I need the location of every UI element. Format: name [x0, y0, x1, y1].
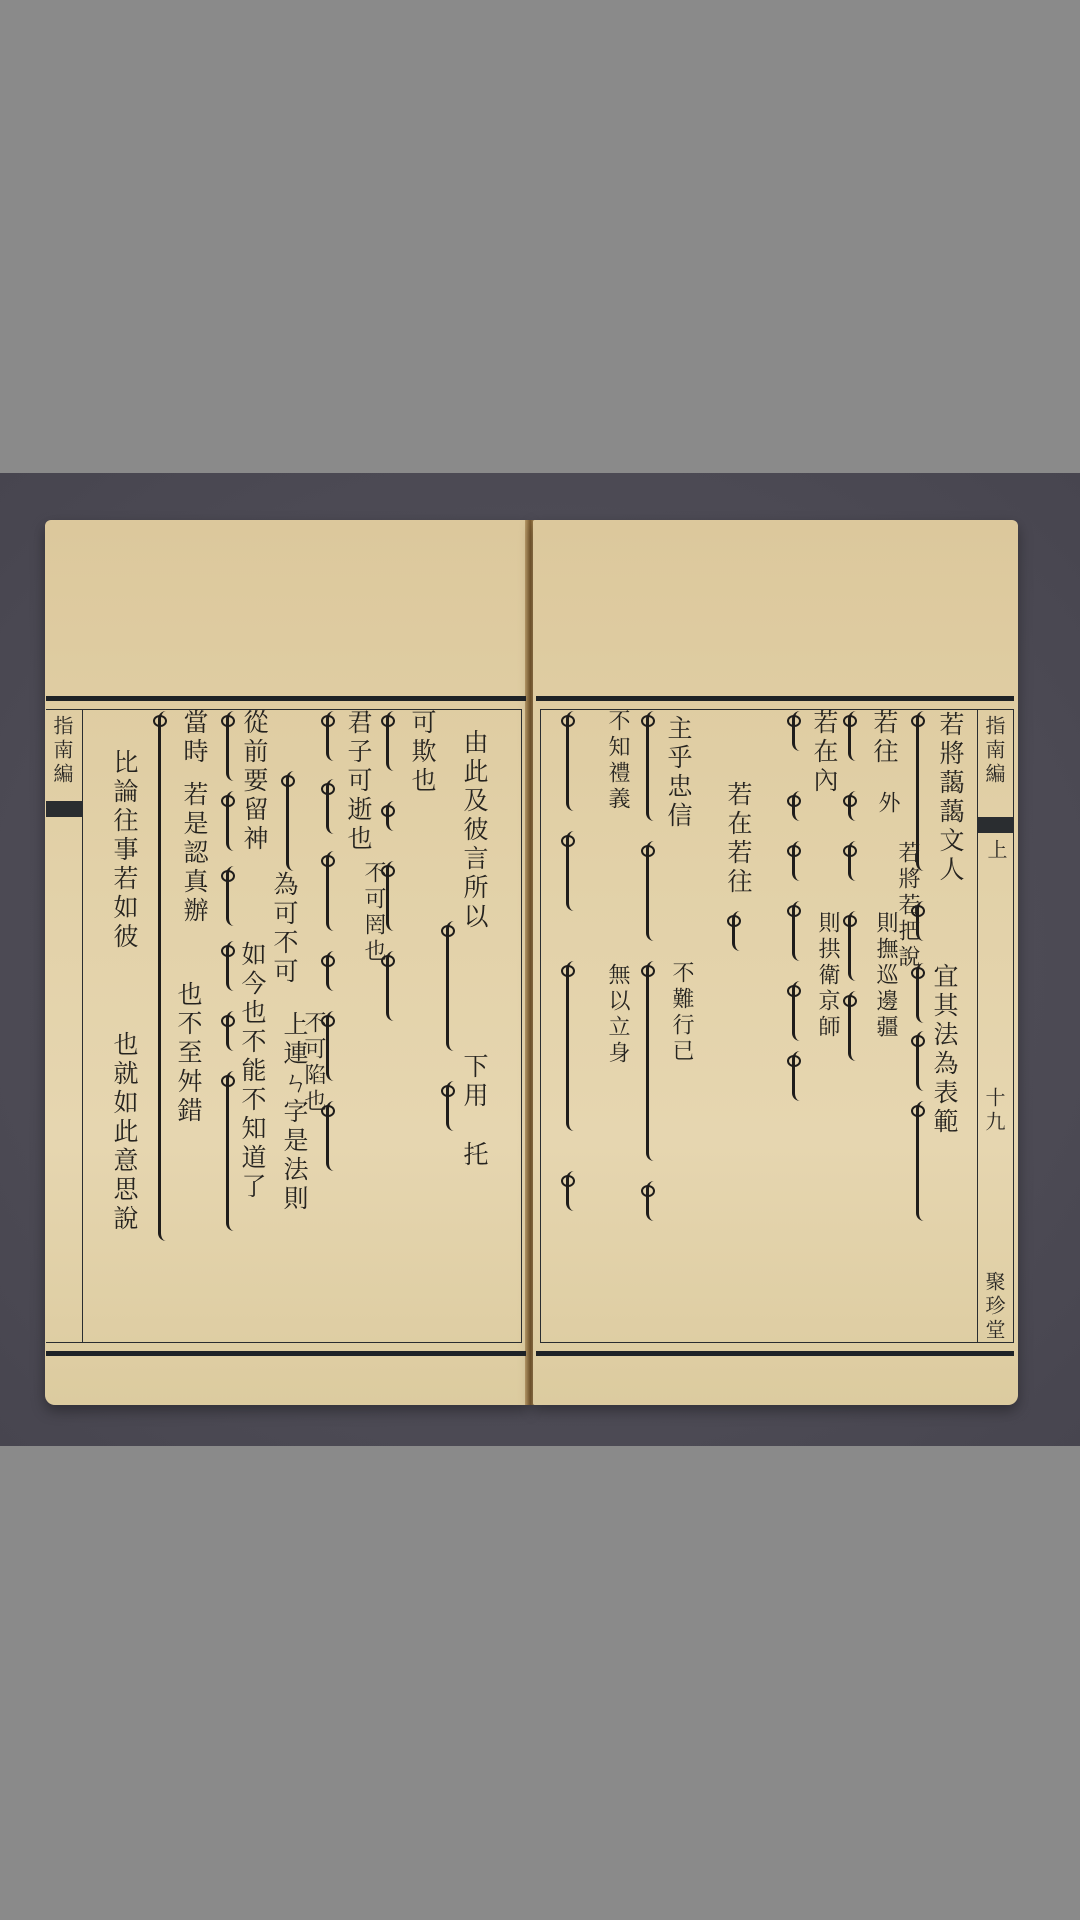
manchu-script [446, 921, 467, 1051]
manchu-script [386, 951, 407, 1021]
chinese-column: 若在若往 [726, 781, 751, 897]
right-margin-title: 指南編 [984, 715, 1004, 787]
chinese-column: 為可不可 [272, 871, 297, 987]
left-page-frame: 指南編 由此及彼言所以 下用 托 可欺也 不可罔也 君子可逝也 不可陷也 為可不… [46, 696, 526, 1356]
manchu-script [792, 791, 813, 821]
manchu-script [326, 851, 347, 931]
left-margin-title: 指南編 [52, 715, 72, 787]
manchu-script [158, 711, 179, 1241]
chinese-column: 托 [462, 1141, 487, 1170]
chinese-column: 上連ㄣ字是法則 [282, 1011, 307, 1214]
manchu-script [386, 801, 407, 831]
manchu-script [326, 779, 347, 834]
manchu-script [326, 951, 347, 991]
manchu-script [732, 911, 753, 951]
fishtail-mark [46, 801, 82, 817]
fishtail-mark [978, 817, 1014, 833]
manchu-script [386, 711, 407, 771]
chinese-column: 若在內 [812, 709, 837, 796]
manchu-script [326, 711, 347, 761]
manchu-script [646, 711, 667, 821]
chinese-column: 若將藹藹文人 [938, 711, 963, 885]
manchu-script [792, 1051, 813, 1101]
chinese-column: 若往 [872, 709, 897, 767]
manchu-script [226, 1071, 247, 1231]
manchu-script [566, 961, 587, 1131]
manchu-script [916, 963, 937, 1023]
manchu-script [646, 961, 667, 1161]
right-margin-column: 指南編 上 十九 聚珍堂 [977, 709, 1014, 1343]
right-page-frame: 指南編 上 十九 聚珍堂 若將藹藹文人 宜其法為表範 若往 外 若將若把說 則撫… [536, 696, 1014, 1356]
chinese-column: 當時 [182, 709, 207, 767]
manchu-script [566, 831, 587, 911]
chinese-column: 若是認真辦 [182, 781, 207, 926]
manchu-script [566, 711, 587, 811]
left-margin-column: 指南編 [46, 709, 83, 1343]
chinese-column: 若將若把說 [896, 841, 918, 971]
manchu-script [446, 1081, 467, 1131]
manchu-script [792, 841, 813, 881]
chinese-column: 也不至舛錯 [176, 981, 201, 1126]
volume-label: 上 [986, 839, 1006, 863]
manchu-script [792, 711, 813, 751]
manchu-script [386, 861, 407, 931]
chinese-column: 比論往事若如彼 [112, 749, 137, 952]
folio-number: 十九 [984, 1087, 1004, 1135]
manchu-script [792, 901, 813, 961]
chinese-column: 不知禮義 [606, 709, 628, 813]
chinese-column: 由此及彼言所以 [462, 729, 487, 932]
manchu-script [646, 1181, 667, 1221]
manchu-script [848, 711, 869, 761]
manchu-script [226, 941, 247, 991]
manchu-script [792, 981, 813, 1041]
manchu-script [646, 841, 667, 941]
chinese-column: 無以立身 [606, 963, 628, 1067]
chinese-column: 可欺也 [410, 709, 435, 796]
manchu-script [226, 866, 247, 926]
manchu-script [226, 711, 247, 781]
manchu-script [848, 841, 869, 881]
manchu-script [848, 911, 869, 981]
chinese-column: 外 [876, 791, 898, 817]
manchu-script [226, 791, 247, 851]
chinese-column: 則撫巡邊疆 [874, 911, 896, 1041]
manchu-script [916, 1031, 937, 1091]
chinese-column: 君子可逝也 [346, 709, 371, 854]
chinese-column: 則拱衛京師 [816, 911, 838, 1041]
manchu-script [226, 1011, 247, 1051]
manchu-script [916, 1101, 937, 1221]
manchu-script [326, 1011, 347, 1081]
manchu-script [566, 1171, 587, 1211]
publisher-name: 聚珍堂 [984, 1271, 1004, 1343]
manchu-script [848, 991, 869, 1061]
chinese-column: 不可罔也 [362, 861, 384, 965]
chinese-column: 主乎忠信 [666, 715, 691, 831]
manchu-script [286, 771, 307, 871]
manchu-script [326, 1101, 347, 1171]
chinese-column: 也就如此意思說 [112, 1031, 137, 1234]
manchu-script [848, 791, 869, 821]
chinese-column: 不難行已 [670, 961, 692, 1065]
